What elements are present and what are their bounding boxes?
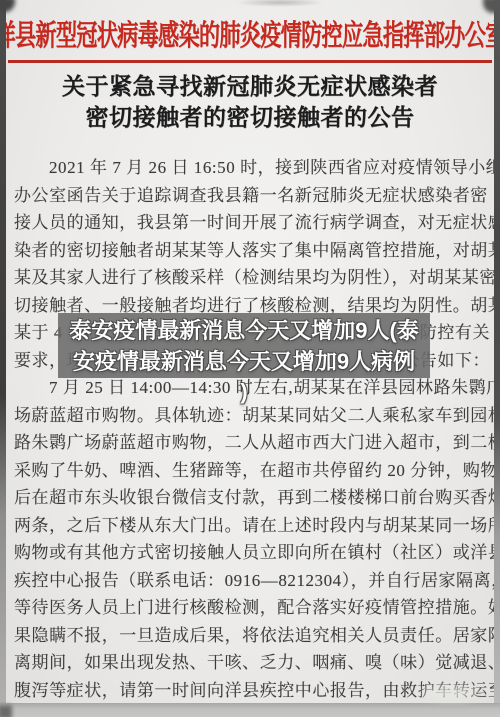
body-fragment-left: 某于 4 xyxy=(14,319,63,347)
caption-line2: 安疫情最新消息今天又增加9人病例 xyxy=(58,347,430,378)
photo-smudge-top xyxy=(235,0,325,7)
doc-title-line1: 关于紧急寻找新冠肺炎无症状感染者 xyxy=(0,71,500,102)
body-line: 两条，之后下楼从东大门出。请在上述时段内与胡某某同一场所 xyxy=(14,512,490,540)
body-line: 离期间，如果出现发热、干咳、乏力、咽痛、嗅（味）觉减退、 xyxy=(14,649,490,677)
notice-photo: 洋县新型冠状病毒感染的肺炎疫情防控应急指挥部办公室 关于紧急寻找新冠肺炎无症状感… xyxy=(0,0,500,717)
body-line: 接人员的通知，我县第一时间开展了流行病学调查，对无症状感 xyxy=(14,209,490,237)
header-underline xyxy=(8,60,492,63)
body-line: 2021 年 7 月 26 日 16:50 时，接到陕西省应对疫情领导小组 xyxy=(14,154,490,182)
body-line: 购物或有其他方式密切接触人员立即向所在镇村（社区）或洋县 xyxy=(14,539,490,567)
body-line: 后在超市东头收银台微信支付款，再到二楼楼梯口前台购买香烟 xyxy=(14,484,490,512)
watermark-smudge xyxy=(412,680,492,706)
body-line: 某及其家人进行了核酸采样（检测结果均为阴性），对胡某某密 xyxy=(14,264,490,292)
photo-corner-bottom-left xyxy=(0,705,12,717)
body-line: 染者的密切接触者胡某某等人落实了集中隔离管控措施，对胡某 xyxy=(14,237,490,265)
body-line: 采购了牛奶、啤酒、生猪蹄等，在超市共停留约 20 分钟，购物 xyxy=(14,457,490,485)
photo-edge-left xyxy=(0,0,6,717)
photo-edge-right xyxy=(494,0,500,717)
caption-overlay: 泰安疫情最新消息今天又增加9人(泰 安疫情最新消息今天又增加9人病例 ) xyxy=(58,316,430,408)
agency-header: 洋县新型冠状病毒感染的肺炎疫情防控应急指挥部办公室 xyxy=(0,10,500,56)
caption-line3: ) xyxy=(58,377,430,408)
body-line: 疾控中心报告（联系电话：0916—8212304），并自行居家隔离， xyxy=(14,567,490,595)
agency-header-text: 洋县新型冠状病毒感染的肺炎疫情防控应急指挥部办公室 xyxy=(0,13,500,54)
body-line: 果隐瞒不报，一旦造成后果，将依法追究相关人员责任。居家隔 xyxy=(14,622,490,650)
body-line: 路朱鹮广场蔚蓝超市购物，二人从超市西大门进入超市，到二楼 xyxy=(14,429,490,457)
body-line: 等待医务人员上门进行核酸检测，配合落实好疫情管控措施。如 xyxy=(14,594,490,622)
body-fragment-right: 防控有关 xyxy=(420,319,490,347)
doc-title-line2: 密切接触者的密切接触者的公告 xyxy=(0,102,500,133)
body-line: 办公室函告关于追踪调查我县籍一名新冠肺炎无症状感染者密 xyxy=(14,182,490,210)
doc-title: 关于紧急寻找新冠肺炎无症状感染者 密切接触者的密切接触者的公告 xyxy=(0,71,500,133)
caption-line1: 泰安疫情最新消息今天又增加9人(泰 xyxy=(58,316,430,347)
doc-body: 2021 年 7 月 26 日 16:50 时，接到陕西省应对疫情领导小组 办公… xyxy=(14,154,490,704)
